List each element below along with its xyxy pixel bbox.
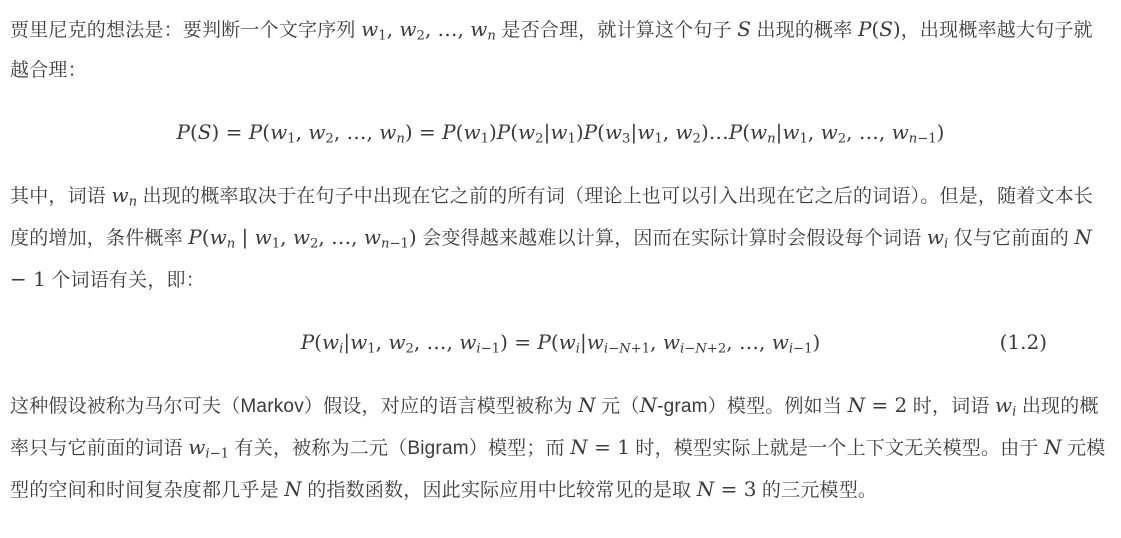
text-run: 贾里尼克的想法是：要判断一个文字序列 — [10, 20, 361, 41]
formula-chain-rule: P(S) = P(w1, w2, …, wn) = P(w1)P(w2|w1)P… — [10, 112, 1111, 154]
display-math: P(wi|w1, w2, …, wi−1) = P(wi|wi−N+1, wi−… — [301, 330, 821, 354]
text-run: 时，模型实际上就是一个上下文无关模型。由于 — [630, 438, 1044, 459]
inline-math: wi−1 — [188, 435, 229, 459]
inline-math: wi — [995, 393, 1016, 417]
inline-math: N — [640, 393, 658, 417]
inline-math: wi — [927, 225, 948, 249]
text-run: 其中，词语 — [10, 186, 111, 207]
text-run: 出现的概率 — [751, 20, 858, 41]
document: 贾里尼克的想法是：要判断一个文字序列 w1, w2, …, wn 是否合理，就计… — [0, 0, 1121, 511]
inline-math: N = 1 — [570, 435, 630, 459]
inline-math: N — [578, 393, 596, 417]
inline-math: N = 3 — [697, 477, 757, 501]
text-run: 这种假设被称为马尔可夫（Markov）假设，对应的语言模型被称为 — [10, 396, 578, 417]
text-run: 的三元模型。 — [756, 480, 877, 501]
inline-math: P(wn | w1, w2, …, wn−1) — [188, 225, 416, 249]
text-run: 元（ — [596, 396, 640, 417]
text-run: 的指数函数，因此实际应用中比较常见的是取 — [302, 480, 697, 501]
text-run: 是否合理，就计算这个句子 — [496, 20, 737, 41]
text-run: 有关，被称为二元（Bigram）模型；而 — [229, 438, 570, 459]
inline-math: N — [1044, 435, 1062, 459]
inline-math: N — [284, 477, 302, 501]
text-run: 会变得越来越难以计算，因而在实际计算时会假设每个词语 — [417, 228, 927, 249]
paragraph-markov-assumption: 这种假设被称为马尔可夫（Markov）假设，对应的语言模型被称为 N 元（N-g… — [10, 385, 1111, 511]
text-run: 时，词语 — [907, 396, 995, 417]
inline-math: w1, w2, …, wn — [361, 17, 496, 41]
text-run: 仅与它前面的 — [948, 228, 1074, 249]
display-math: P(S) = P(w1, w2, …, wn) = P(w1)P(w2|w1)P… — [177, 120, 945, 144]
equation-number: (1.2) — [1000, 322, 1047, 362]
inline-math: S — [737, 17, 751, 41]
inline-math: wn — [111, 183, 137, 207]
text-run: 个词语有关，即： — [46, 270, 205, 291]
text-run: -gram）模型。例如当 — [657, 396, 848, 417]
inline-math: N = 2 — [848, 393, 908, 417]
paragraph-conditional-probability: 其中，词语 wn 出现的概率取决于在句子中出现在它之前的所有词（理论上也可以引入… — [10, 175, 1111, 301]
paragraph-jelinek-idea: 贾里尼克的想法是：要判断一个文字序列 w1, w2, …, wn 是否合理，就计… — [10, 9, 1111, 91]
formula-ngram-approximation: P(wi|w1, w2, …, wi−1) = P(wi|wi−N+1, wi−… — [10, 322, 1111, 364]
inline-math: P(S) — [858, 17, 901, 41]
